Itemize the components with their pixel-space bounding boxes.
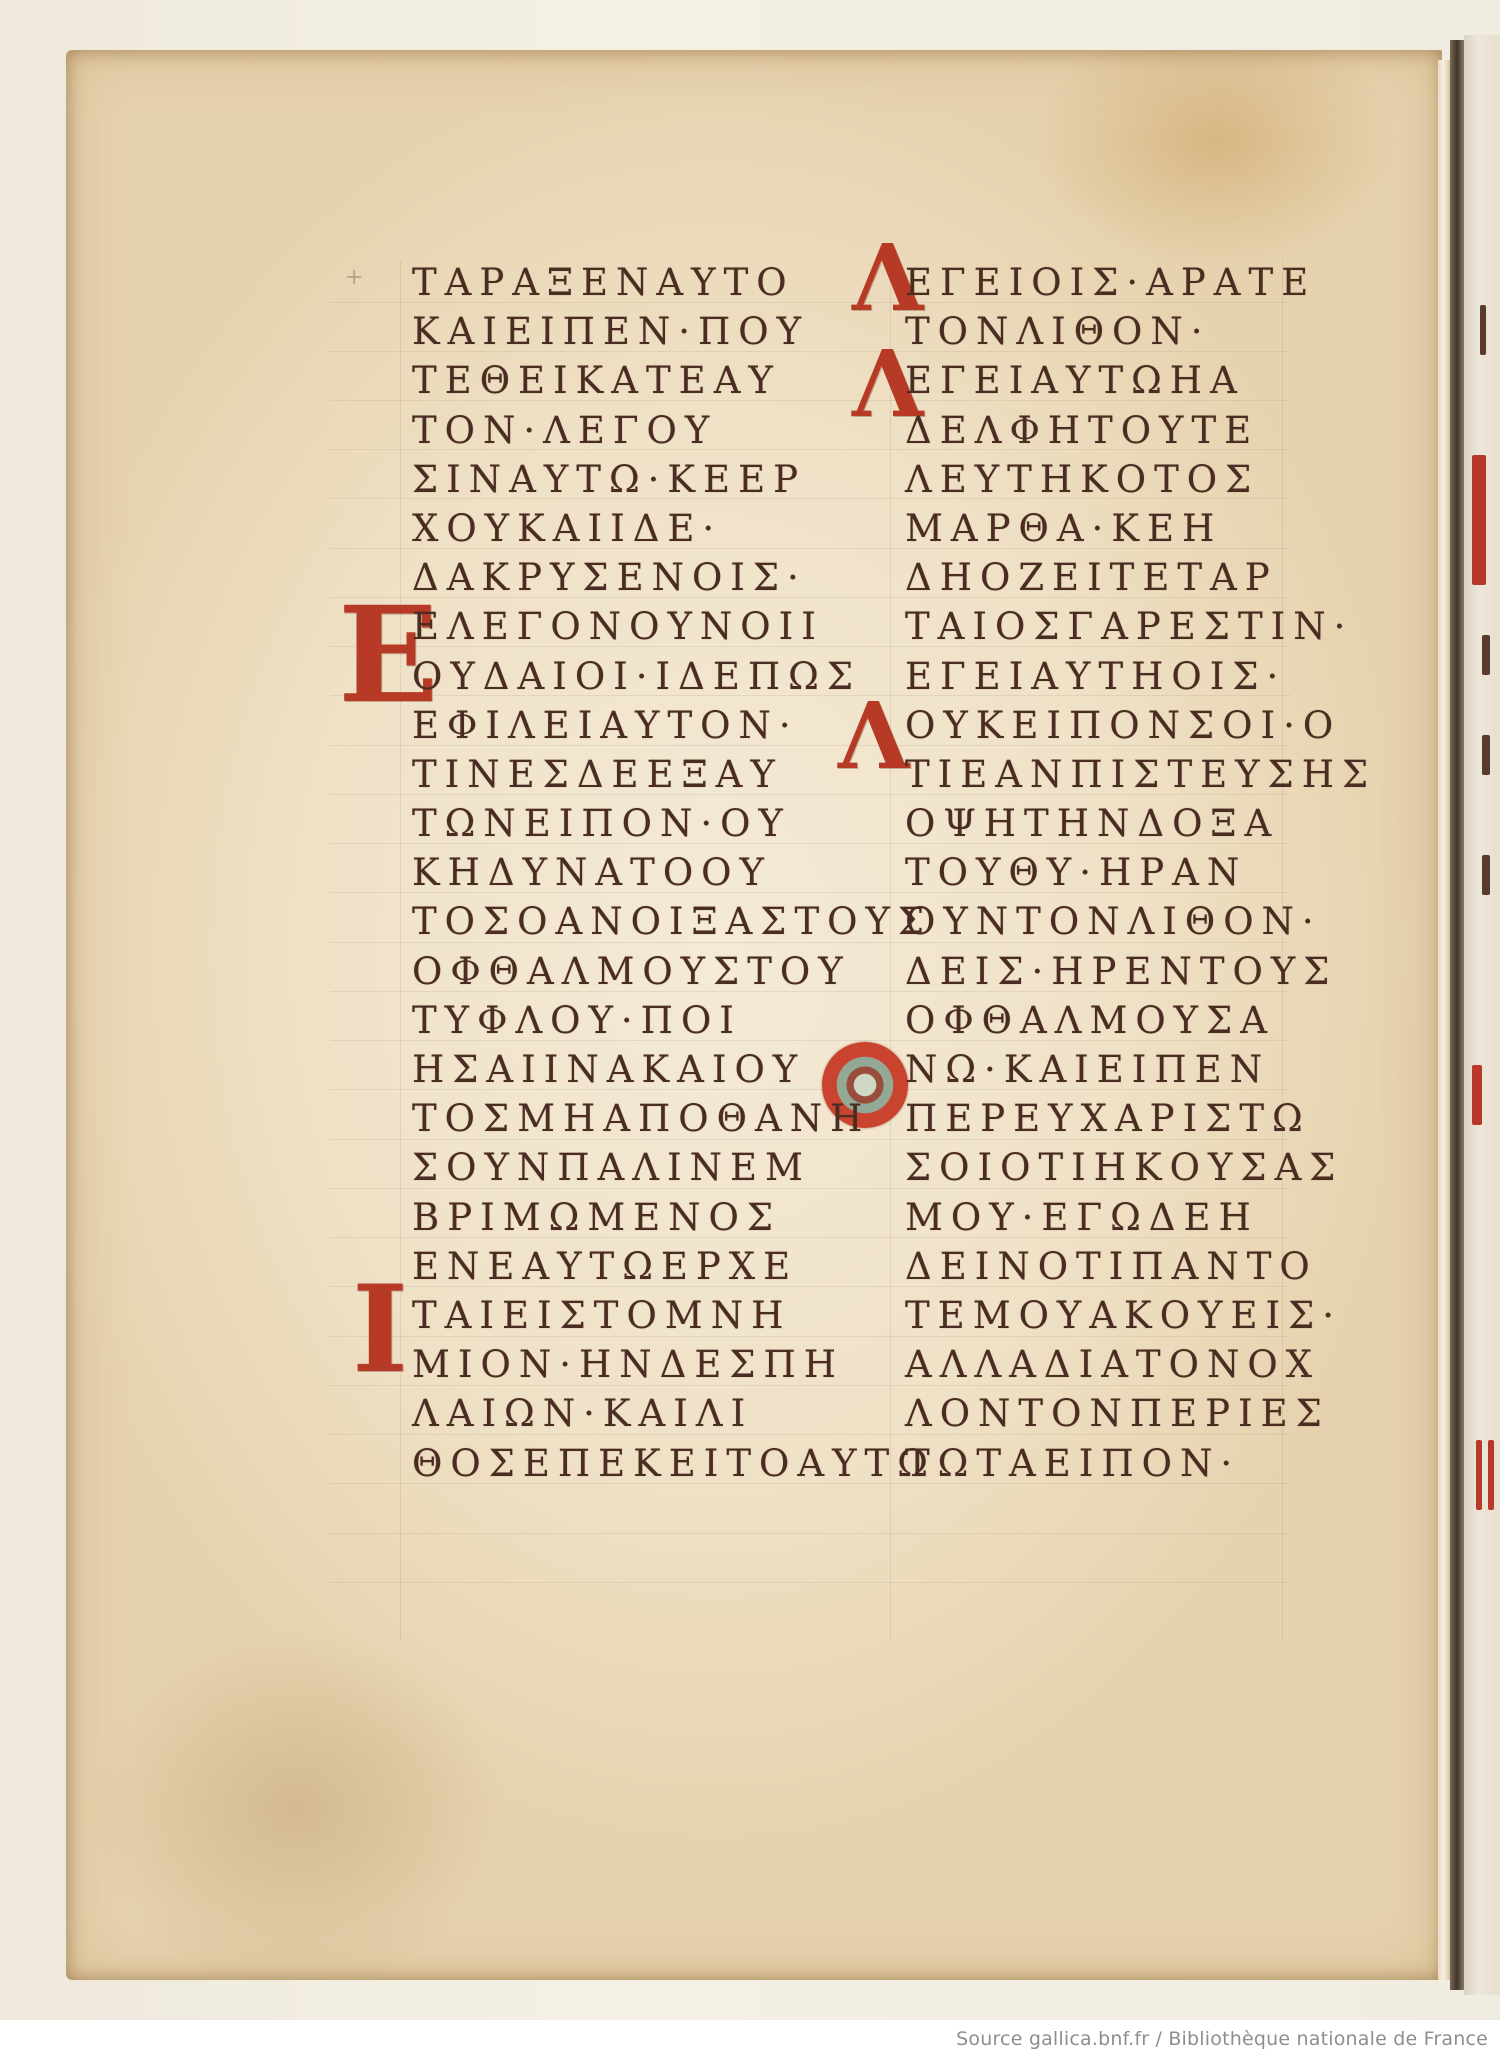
page-gutter <box>1438 60 1450 1980</box>
text-line: ΤΥΦΛΟΥ·ΠΟΙ <box>412 996 936 1045</box>
text-line: ΣΙΝΑΥΤΩ·ΚΕΕΡ <box>412 455 936 504</box>
text-line: ΟΦΘΑΛΜΟΥΣΑ <box>905 996 1376 1045</box>
text-line: ΟΦΘΑΛΜΟΥΣΤΟΥ <box>412 947 936 996</box>
text-line: ΔΑΚΡΥΣΕΝΟΙΣ· <box>412 553 936 602</box>
facing-page-edge <box>1464 35 1500 1995</box>
text-line: ΒΡΙΜΩΜΕΝΟΣ <box>412 1193 936 1242</box>
text-line: ΔΕΙΝΟΤΙΠΑΝΤΟ <box>905 1242 1376 1291</box>
text-line: ΤΙΝΕΣΔΕΕΞΑΥ <box>412 750 936 799</box>
text-line: ΜΟΥ·ΕΓΩΔΕΗ <box>905 1193 1376 1242</box>
text-line: ΤΑΙΕΙΣΤΟΜΝΗ <box>412 1291 936 1340</box>
text-line: ΛΟΝΤΟΝΠΕΡΙΕΣ <box>905 1389 1376 1438</box>
text-line: ΤΑΡΑΞΕΝΑΥΤΟ <box>412 258 936 307</box>
show-through-mark: + <box>345 265 363 290</box>
text-line: ΑΛΛΑΔΙΑΤΟΝΟΧ <box>905 1340 1376 1389</box>
text-line: ΟΥΝΤΟΝΛΙΘΟΝ· <box>905 897 1376 946</box>
text-line: ΠΕΡΕΥΧΑΡΙΣΤΩ <box>905 1094 1376 1143</box>
text-line: ΕΓΕΙΟΙΣ·ΑΡΑΤΕ <box>905 258 1376 307</box>
text-line: ΜΙΟΝ·ΗΝΔΕΣΠΗ <box>412 1340 936 1389</box>
text-line: ΗΣΑΙΙΝΑΚΑΙΟΥ <box>412 1045 936 1094</box>
binding-spine <box>1450 40 1464 1990</box>
text-line: ΚΗΔΥΝΑΤΟΟΥ <box>412 848 936 897</box>
text-line: ΤΟΣΜΗΑΠΟΘΑΝΗ <box>412 1094 936 1143</box>
text-line: ΕΛΕΓΟΝΟΥΝΟΙΙ <box>412 602 936 651</box>
text-line: ΧΟΥΚΑΙΙΔΕ· <box>412 504 936 553</box>
facing-page-initial-icon <box>1472 455 1486 585</box>
text-line: ΛΕΥΤΗΚΟΤΟΣ <box>905 455 1376 504</box>
text-line: ΔΕΙΣ·ΗΡΕΝΤΟΥΣ <box>905 947 1376 996</box>
text-line: ΔΕΛΦΗΤΟΥΤΕ <box>905 406 1376 455</box>
text-line: ΕΓΕΙΑΥΤΗΟΙΣ· <box>905 652 1376 701</box>
text-line: ΚΑΙΕΙΠΕΝ·ΠΟΥ <box>412 307 936 356</box>
facing-page-initial-icon <box>1472 1065 1482 1125</box>
text-line: ΤΑΙΟΣΓΑΡΕΣΤΙΝ· <box>905 602 1376 651</box>
text-line: ΤΟΣΟΑΝΟΙΞΑΣΤΟΥΣ <box>412 897 936 946</box>
text-line: ΤΕΘΕΙΚΑΤΕΑΥ <box>412 356 936 405</box>
text-line: ΕΦΙΛΕΙΑΥΤΟΝ· <box>412 701 936 750</box>
text-column-left: ΤΑΡΑΞΕΝΑΥΤΟ ΚΑΙΕΙΠΕΝ·ΠΟΥ ΤΕΘΕΙΚΑΤΕΑΥ ΤΟΝ… <box>412 258 936 1488</box>
text-line: ΤΙΕΑΝΠΙΣΤΕΥΣΗΣ <box>905 750 1376 799</box>
text-line: ΤΩΤΑΕΙΠΟΝ· <box>905 1439 1376 1488</box>
text-line: ΤΟΥΘΥ·ΗΡΑΝ <box>905 848 1376 897</box>
text-line: ΛΑΙΩΝ·ΚΑΙΛΙ <box>412 1389 936 1438</box>
text-line: ΤΩΝΕΙΠΟΝ·ΟΥ <box>412 799 936 848</box>
facing-page-initial-icon <box>1476 1440 1482 1510</box>
text-line: ΕΝΕΑΥΤΩΕΡΧΕ <box>412 1242 936 1291</box>
initial-iota-left: Ι <box>352 1270 408 1390</box>
text-line: ΣΟΥΝΠΑΛΙΝΕΜ <box>412 1143 936 1192</box>
text-line: ΤΕΜΟΥΑΚΟΥΕΙΣ· <box>905 1291 1376 1340</box>
text-line: ΕΓΕΙΑΥΤΩΗΑ <box>905 356 1376 405</box>
text-line: ΟΨΗΤΗΝΔΟΞΑ <box>905 799 1376 848</box>
text-line: ΤΟΝ·ΛΕΓΟΥ <box>412 406 936 455</box>
text-line: ΝΩ·ΚΑΙΕΙΠΕΝ <box>905 1045 1376 1094</box>
text-line: ΜΑΡΘΑ·ΚΕΗ <box>905 504 1376 553</box>
text-line: ΟΥΚΕΙΠΟΝΣΟΙ·Ο <box>905 701 1376 750</box>
text-line: ΣΟΙΟΤΙΗΚΟΥΣΑΣ <box>905 1143 1376 1192</box>
text-line: ΟΥΔΑΙΟΙ·ΙΔΕΠΩΣ <box>412 652 936 701</box>
text-column-right: ΕΓΕΙΟΙΣ·ΑΡΑΤΕ ΤΟΝΛΙΘΟΝ· ΕΓΕΙΑΥΤΩΗΑ ΔΕΛΦΗ… <box>905 258 1376 1488</box>
text-line: ΤΟΝΛΙΘΟΝ· <box>905 307 1376 356</box>
source-credit: Source gallica.bnf.fr / Bibliothèque nat… <box>956 2028 1488 2050</box>
text-line: ΘΟΣΕΠΕΚΕΙΤΟΑΥΤΩ <box>412 1439 936 1488</box>
text-line: ΔΗΟΖΕΙΤΕΤΑΡ <box>905 553 1376 602</box>
